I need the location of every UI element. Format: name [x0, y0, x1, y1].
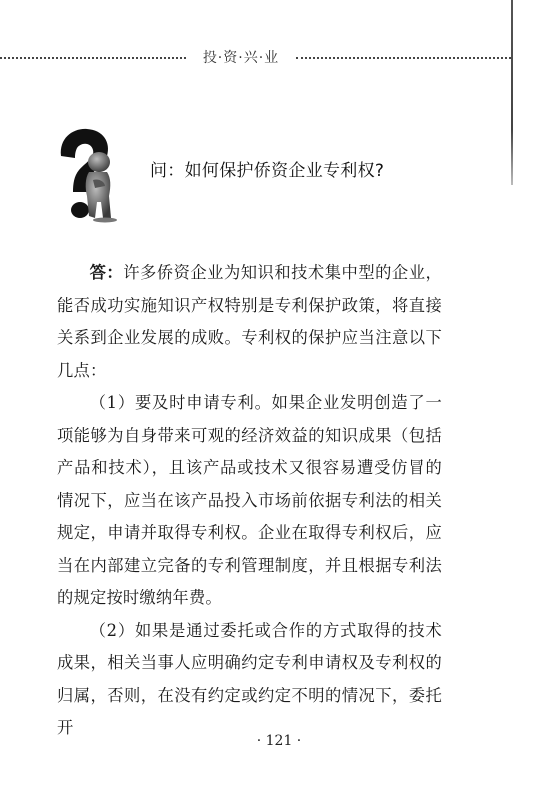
header-dotted-rule-right [296, 57, 511, 59]
question-mark-figure-icon [55, 126, 125, 224]
header-title: 投·资·兴·业 [190, 48, 292, 68]
page-number: · 121 · [0, 731, 558, 751]
running-header: 投·资·兴·业 [0, 48, 511, 68]
answer-body: 答：许多侨资企业为知识和技术集中型的企业，能否成功实施知识产权特别是专利保护政策… [57, 257, 442, 745]
answer-paragraph-point-2: （2）如果是通过委托或合作的方式取得的技术成果，相关当事人应明确约定专利申请权及… [57, 615, 442, 745]
header-dotted-rule-left [0, 57, 186, 59]
answer-paragraph-intro: 答：许多侨资企业为知识和技术集中型的企业，能否成功实施知识产权特别是专利保护政策… [57, 257, 442, 387]
answer-paragraph-point-1: （1）要及时申请专利。如果企业发明创造了一项能够为自身带来可观的经济效益的知识成… [57, 387, 442, 615]
question-heading: 问：如何保护侨资企业专利权? [150, 159, 384, 183]
page-edge-rule [511, 0, 513, 185]
answer-label: 答： [90, 263, 124, 282]
